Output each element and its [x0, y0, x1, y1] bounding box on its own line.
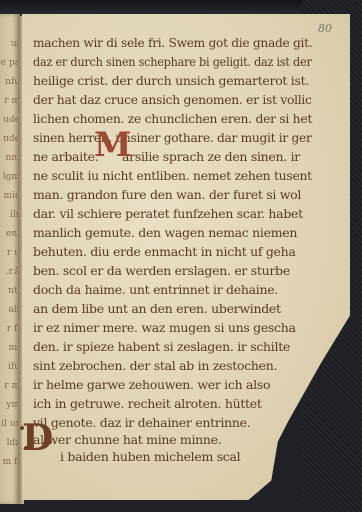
left-page-text-fragment: ldz: [0, 433, 20, 453]
text-line: ir helme garwe zehouwen. wer ich also: [33, 377, 270, 392]
text-line: ben. scol er da werden erslagen. er stur…: [33, 263, 290, 278]
text-line: den. ir spieze habent si zeslagen. ir sc…: [33, 339, 290, 354]
left-page-text-fragment: mi: [0, 338, 20, 358]
left-page-text-fragment: il ur: [0, 414, 20, 434]
left-page-text-fragment: ym: [0, 395, 20, 415]
text-line: lichen chomen. ze chunclichen eren. der …: [33, 111, 312, 126]
text-line: arsilie sprach ze den sinen. ir: [122, 149, 300, 164]
text-line: al wer chunne hat mine minne.: [33, 432, 221, 447]
left-page-text-fragment: ilr: [0, 205, 20, 225]
left-page-text-fragment: m fi: [0, 452, 20, 472]
left-page-text-fragment: nde: [0, 129, 20, 149]
left-page-text-fragment: r m: [0, 376, 20, 396]
left-page-text-fragment: en.: [0, 224, 20, 244]
left-page-edge: ufe panfur mudendennilgmmicilren.r u.r.ä…: [0, 14, 20, 504]
text-line: an dem libe unt an den eren. uberwindet: [33, 301, 281, 316]
text-line: ne sculit iu nicht entliben. nemet zehen…: [33, 168, 312, 183]
left-page-text-fragment: lgm: [0, 167, 20, 187]
left-page-text-fragment: uf: [0, 34, 20, 54]
left-page-text-fragment: .r.ä: [0, 262, 20, 282]
text-line: sint zebrochen. der stal ab in zestochen…: [33, 358, 277, 373]
decorated-initial-m: M: [94, 128, 132, 162]
text-line: sinen herren. unsiner gothare. dar mugit…: [33, 130, 312, 145]
decorated-initial-d: D: [22, 420, 53, 456]
left-page-text-fragment: alf: [0, 300, 20, 320]
text-line: manlich gemute. den wagen nemac niemen: [33, 225, 297, 240]
initial-flourish: [24, 446, 28, 450]
text-line: ich in getruwe. recheit alroten. hüttet: [33, 396, 262, 411]
left-page-text-fragment: ude: [0, 110, 20, 130]
initial-flourish: [20, 426, 24, 430]
text-line: dar. vil schiere peratet funfzehen scar.…: [33, 206, 303, 221]
left-page-text-fragment: nt': [0, 281, 20, 301]
left-page-text-fragment: r u: [0, 243, 20, 263]
text-line: ne arbaite.: [33, 149, 98, 164]
left-page-text-fragment: ifu: [0, 357, 20, 377]
text-line: daz er durch sinen schephare bi geligit.…: [33, 54, 312, 69]
text-line: i baiden huben michelem scal: [60, 449, 240, 464]
left-page-text-fragment: r fi: [0, 319, 20, 339]
text-line: doch da haime. unt entrinnet ir dehaine.: [33, 282, 278, 297]
folio-number: 80: [318, 22, 332, 35]
text-line: machen wir di sele fri. Swem got die gna…: [33, 35, 312, 50]
left-page-text-fragment: mic: [0, 186, 20, 206]
left-page-text-fragment: nfu: [0, 72, 20, 92]
text-line: man. grandon fure den wan. der furet si …: [33, 187, 301, 202]
left-page-text-fragment: e pa: [0, 53, 20, 73]
text-line: vil genote. daz ir dehainer entrinne.: [33, 415, 250, 430]
text-line: behuten. diu erde enmacht in nicht uf ge…: [33, 244, 296, 259]
left-page-text-fragment: nni: [0, 148, 20, 168]
text-line: heilige crist. der durch unsich gemarter…: [33, 73, 309, 88]
text-line: ir ez nimer mere. waz mugen si uns gesch…: [33, 320, 296, 335]
initial-letter: D: [22, 417, 53, 459]
left-page-text-fragment: r m: [0, 91, 20, 111]
text-line: der hat daz cruce ansich genomen. er ist…: [33, 92, 312, 107]
